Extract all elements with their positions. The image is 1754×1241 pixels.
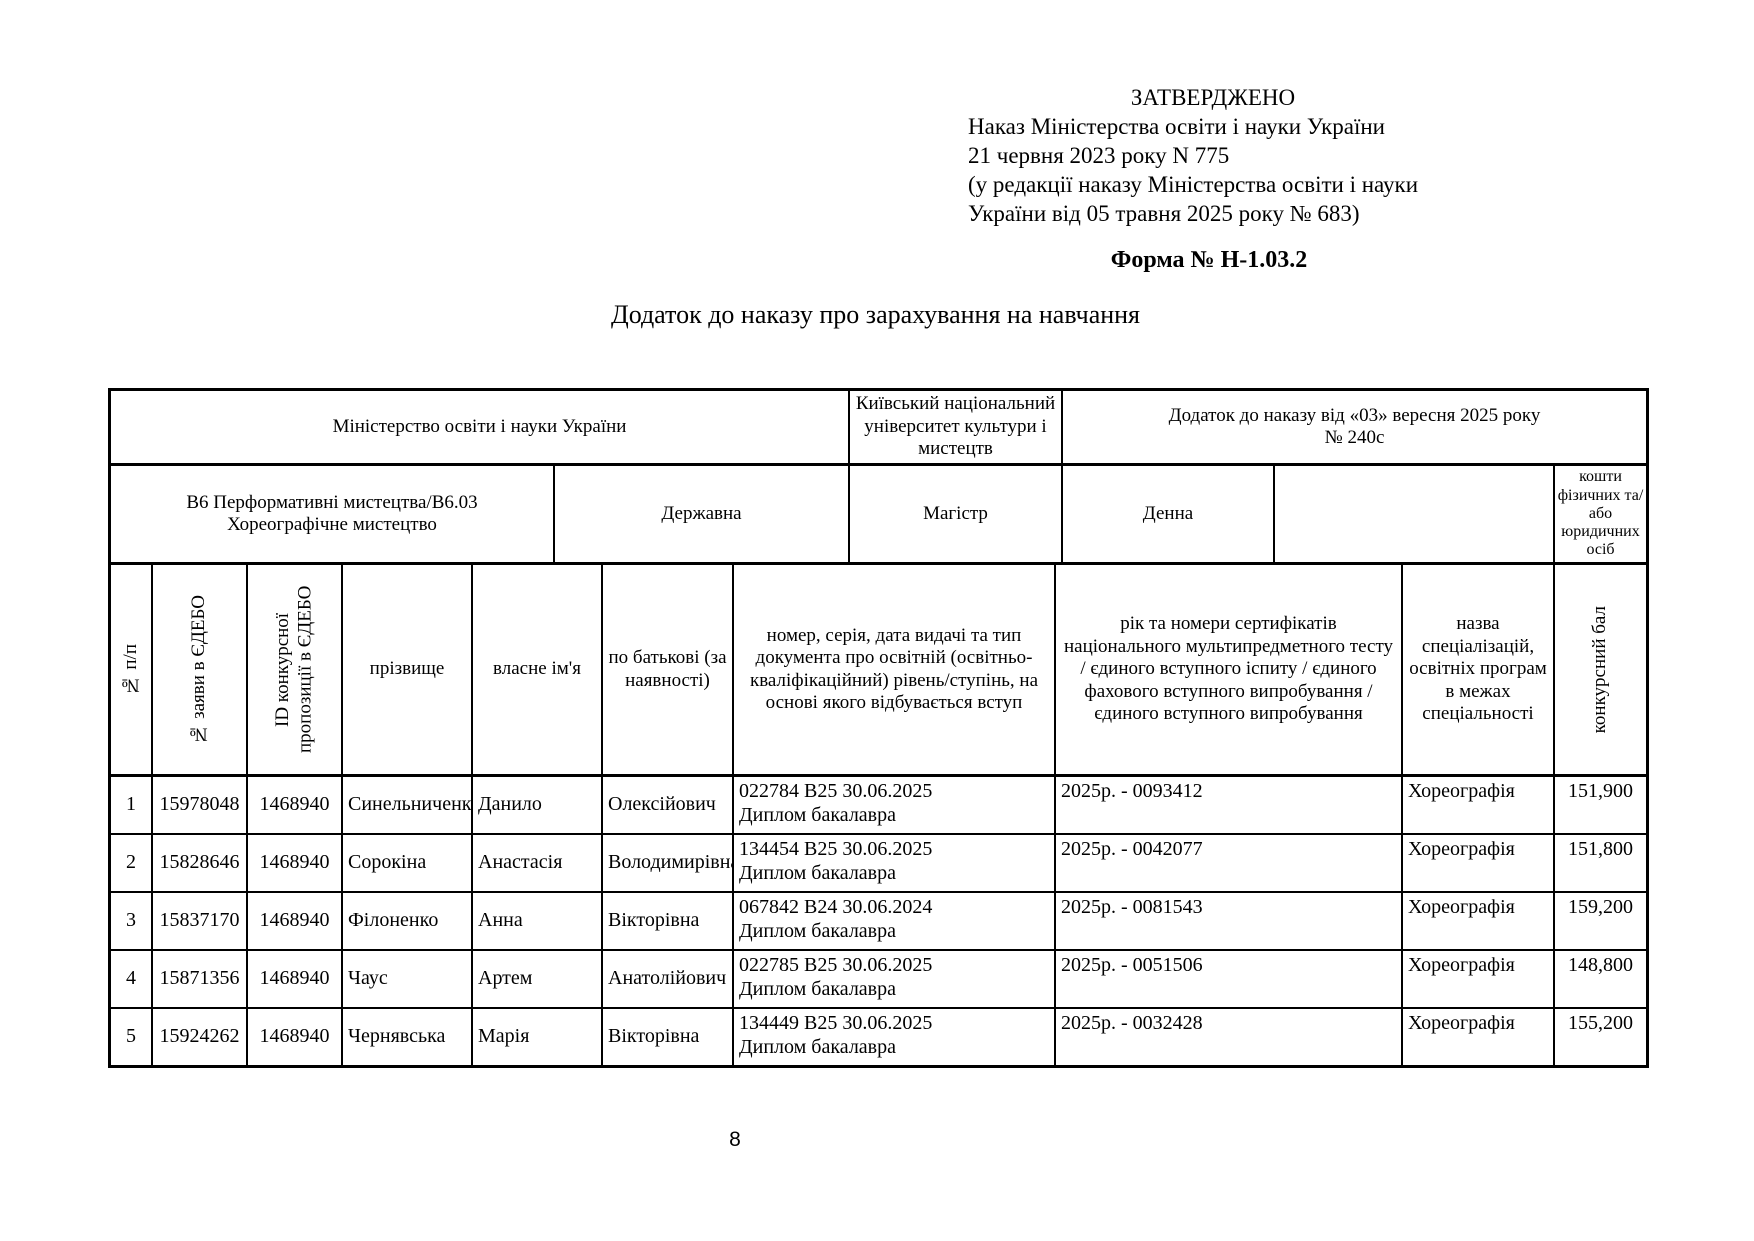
table-row: 4 15871356 1468940 Чаус Артем Анатолійов… — [111, 949, 1646, 1007]
table-row: 3 15837170 1468940 Філоненко Анна Віктор… — [111, 891, 1646, 949]
annex-order-cell: Додаток до наказу від «03» вересня 2025 … — [1061, 391, 1646, 463]
score-cell: 148,800 — [1553, 951, 1646, 1007]
col-header-specialization: назва спеціалізацій, освітніх програм в … — [1401, 565, 1553, 774]
application-id-cell: 15837170 — [151, 893, 246, 949]
table-band-institutions: Міністерство освіти і науки України Київ… — [111, 391, 1646, 463]
score-cell: 155,200 — [1553, 1009, 1646, 1065]
specialization-cell: Хореографія — [1401, 835, 1553, 891]
funding-source-cell: Державна — [553, 466, 848, 562]
approval-line: України від 05 травня 2025 року № 683) — [968, 200, 1458, 229]
surname-cell: Філоненко — [341, 893, 471, 949]
university-cell: Київський національний університет культ… — [848, 391, 1061, 463]
certificate-cell: 2025р. - 0032428 — [1054, 1009, 1401, 1065]
surname-cell: Чаус — [341, 951, 471, 1007]
patronymic-cell: Анатолійович — [601, 951, 732, 1007]
certificate-cell: 2025р. - 0042077 — [1054, 835, 1401, 891]
program-cell: В6 Перформативні мистецтва/В6.03 Хореогр… — [111, 466, 553, 562]
document-cell: 022785 В25 30.06.2025 Диплом бакалавра — [732, 951, 1054, 1007]
certificate-cell: 2025р. - 0093412 — [1054, 777, 1401, 833]
col-header-document: номер, серія, дата видачі та тип докумен… — [732, 565, 1054, 774]
specialization-cell: Хореографія — [1401, 777, 1553, 833]
col-header-patronymic: по батькові (за наявності) — [601, 565, 732, 774]
col-header-first-name: власне ім'я — [471, 565, 601, 774]
proposal-id-cell: 1468940 — [246, 1009, 341, 1065]
surname-cell: Сорокіна — [341, 835, 471, 891]
proposal-id-cell: 1468940 — [246, 951, 341, 1007]
col-header-proposal-id: ID конкурсної пропозиції в ЄДЕБО — [246, 565, 341, 774]
row-number-cell: 5 — [111, 1009, 151, 1065]
surname-cell: Синельниченко — [341, 777, 471, 833]
document-cell: 022784 В25 30.06.2025 Диплом бакалавра — [732, 777, 1054, 833]
document-cell: 134454 В25 30.06.2025 Диплом бакалавра — [732, 835, 1054, 891]
table-rows: 1 15978048 1468940 Синельниченко Данило … — [111, 774, 1646, 1065]
application-id-cell: 15978048 — [151, 777, 246, 833]
first-name-cell: Анастасія — [471, 835, 601, 891]
col-header-row-number: № п/п — [111, 565, 151, 774]
first-name-cell: Марія — [471, 1009, 601, 1065]
table-row: 2 15828646 1468940 Сорокіна Анастасія Во… — [111, 833, 1646, 891]
row-number-cell: 3 — [111, 893, 151, 949]
document-page: { "approval": { "title": "ЗАТВЕРДЖЕНО", … — [0, 0, 1754, 1241]
score-cell: 151,800 — [1553, 835, 1646, 891]
application-id-cell: 15924262 — [151, 1009, 246, 1065]
patronymic-cell: Олексійович — [601, 777, 732, 833]
payment-source-cell: кошти фізичних та/або юридичних осіб — [1553, 466, 1646, 562]
document-cell: 067842 В24 30.06.2024 Диплом бакалавра — [732, 893, 1054, 949]
specialization-cell: Хореографія — [1401, 1009, 1553, 1065]
proposal-id-cell: 1468940 — [246, 893, 341, 949]
approval-line: (у редакції наказу Міністерства освіти і… — [968, 171, 1458, 200]
proposal-id-cell: 1468940 — [246, 835, 341, 891]
approval-line: 21 червня 2023 року N 775 — [968, 142, 1458, 171]
approval-title: ЗАТВЕРДЖЕНО — [968, 84, 1458, 113]
patronymic-cell: Вікторівна — [601, 893, 732, 949]
enrollment-table: Міністерство освіти і науки України Київ… — [108, 388, 1649, 1068]
document-title: Додаток до наказу про зарахування на нав… — [108, 300, 1643, 330]
degree-level-cell: Магістр — [848, 466, 1061, 562]
table-row: 5 15924262 1468940 Чернявська Марія Вікт… — [111, 1007, 1646, 1065]
patronymic-cell: Вікторівна — [601, 1009, 732, 1065]
page-number: 8 — [650, 1128, 820, 1152]
application-id-cell: 15871356 — [151, 951, 246, 1007]
table-row: 1 15978048 1468940 Синельниченко Данило … — [111, 774, 1646, 833]
table-column-headers: № п/п № заяви в ЄДЕБО ID конкурсної проп… — [111, 562, 1646, 774]
specialization-cell: Хореографія — [1401, 893, 1553, 949]
row-number-cell: 1 — [111, 777, 151, 833]
certificate-cell: 2025р. - 0051506 — [1054, 951, 1401, 1007]
col-header-application-id: № заяви в ЄДЕБО — [151, 565, 246, 774]
approval-line: Наказ Міністерства освіти і науки Україн… — [968, 113, 1458, 142]
application-id-cell: 15828646 — [151, 835, 246, 891]
col-header-certificates: рік та номери сертифікатів національного… — [1054, 565, 1401, 774]
col-header-surname: прізвище — [341, 565, 471, 774]
document-cell: 134449 В25 30.06.2025 Диплом бакалавра — [732, 1009, 1054, 1065]
first-name-cell: Данило — [471, 777, 601, 833]
empty-cell — [1273, 466, 1553, 562]
ministry-cell: Міністерство освіти і науки України — [111, 391, 848, 463]
form-number: Форма № Н-1.03.2 — [968, 247, 1450, 274]
specialization-cell: Хореографія — [1401, 951, 1553, 1007]
proposal-id-cell: 1468940 — [246, 777, 341, 833]
first-name-cell: Анна — [471, 893, 601, 949]
approval-block: ЗАТВЕРДЖЕНО Наказ Міністерства освіти і … — [968, 84, 1458, 229]
table-band-program: В6 Перформативні мистецтва/В6.03 Хореогр… — [111, 463, 1646, 562]
col-header-score: конкурсний бал — [1553, 565, 1646, 774]
certificate-cell: 2025р. - 0081543 — [1054, 893, 1401, 949]
score-cell: 159,200 — [1553, 893, 1646, 949]
row-number-cell: 2 — [111, 835, 151, 891]
first-name-cell: Артем — [471, 951, 601, 1007]
patronymic-cell: Володимирівна — [601, 835, 732, 891]
study-form-cell: Денна — [1061, 466, 1273, 562]
row-number-cell: 4 — [111, 951, 151, 1007]
score-cell: 151,900 — [1553, 777, 1646, 833]
surname-cell: Чернявська — [341, 1009, 471, 1065]
